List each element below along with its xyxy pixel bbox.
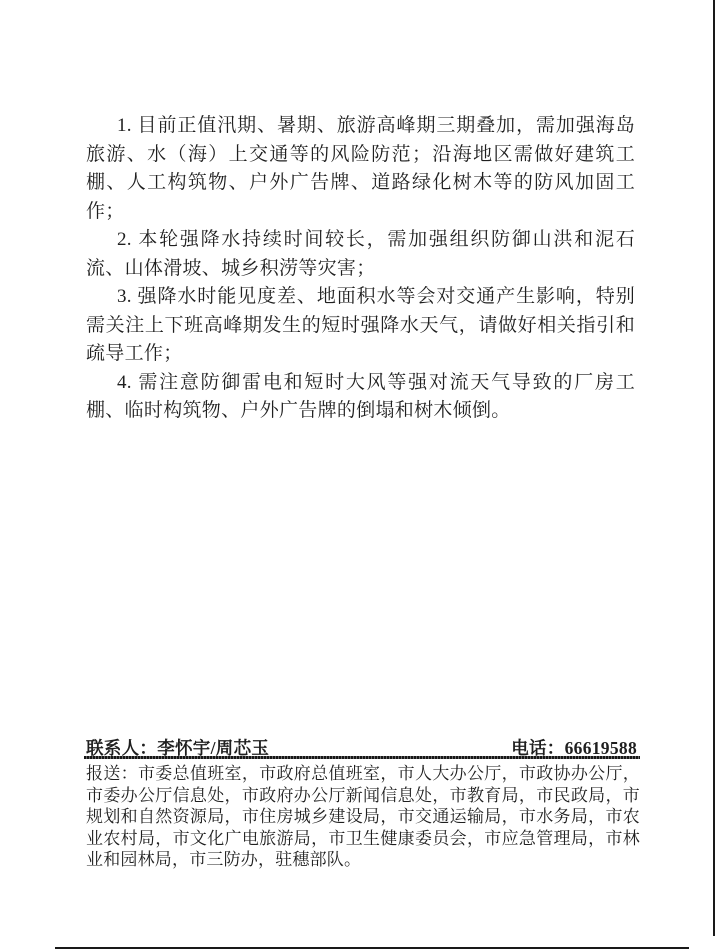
- phone-number: 66619588: [565, 738, 637, 758]
- scan-edge-right: [713, 0, 715, 936]
- distribution-list: 报送：市委总值班室，市政府总值班室，市人大办公厅，市政协办公厅，市委办公厅信息处…: [86, 763, 640, 871]
- body-paragraph-2: 2. 本轮强降水持续时间较长，需加强组织防御山洪和泥石流、山体滑坡、城乡积涝等灾…: [86, 226, 635, 283]
- contact-label: 联系人：: [86, 738, 157, 758]
- scan-edge-bottom: [55, 947, 689, 949]
- body-paragraph-3: 3. 强降水时能见度差、地面积水等会对交通产生影响，特别需关注上下班高峰期发生的…: [86, 283, 635, 369]
- footer-divider: [84, 756, 640, 759]
- body-paragraph-1: 1. 目前正值汛期、暑期、旅游高峰期三期叠加，需加强海岛旅游、水（海）上交通等的…: [86, 112, 635, 226]
- phone-label: 电话：: [511, 738, 564, 758]
- body-paragraph-4: 4. 需注意防御雷电和短时大风等强对流天气导致的厂房工棚、临时构筑物、户外广告牌…: [86, 369, 635, 426]
- document-body: 1. 目前正值汛期、暑期、旅游高峰期三期叠加，需加强海岛旅游、水（海）上交通等的…: [86, 112, 635, 426]
- document-page: 1. 目前正值汛期、暑期、旅游高峰期三期叠加，需加强海岛旅游、水（海）上交通等的…: [0, 0, 718, 952]
- contact-names: 李怀宇/周芯玉: [157, 738, 269, 758]
